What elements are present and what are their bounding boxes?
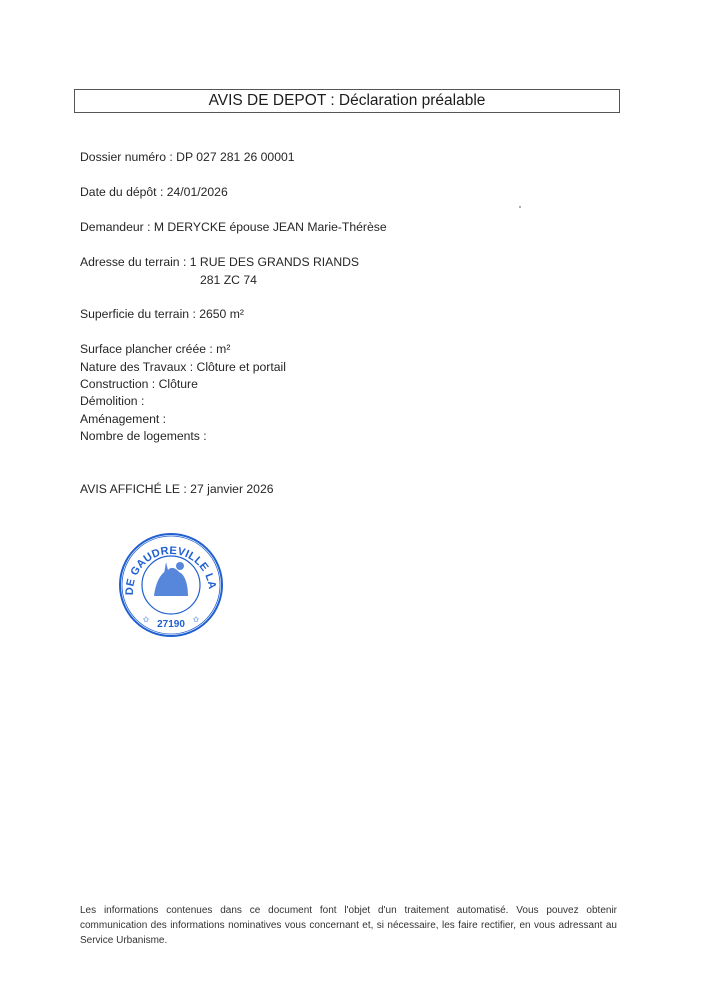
deposit-date: Date du dépôt : 24/01/2026 xyxy=(80,185,228,199)
works-nature: Nature des Travaux : Clôture et portail xyxy=(80,360,286,374)
floor-area: Surface plancher créée : m² xyxy=(80,342,230,356)
svg-text:✩: ✩ xyxy=(143,615,150,624)
land-area: Superficie du terrain : 2650 m² xyxy=(80,307,244,321)
svg-text:27190: 27190 xyxy=(157,619,185,630)
document-title: AVIS DE DEPOT : Déclaration préalable xyxy=(74,89,620,113)
construction: Construction : Clôture xyxy=(80,377,198,391)
land-address: Adresse du terrain : 1 RUE DES GRANDS RI… xyxy=(80,255,359,269)
amenagement: Aménagement : xyxy=(80,412,166,426)
posted-date: AVIS AFFICHÉ LE : 27 janvier 2026 xyxy=(80,482,274,496)
scan-speck xyxy=(519,206,521,208)
privacy-notice: Les informations contenues dans ce docum… xyxy=(80,903,617,948)
stamp-seal-icon: MAIRIE DE GAUDREVILLE LA RIVIERE 27190 ✩… xyxy=(116,530,226,640)
land-parcel: 281 ZC 74 xyxy=(200,273,257,287)
applicant: Demandeur : M DERYCKE épouse JEAN Marie-… xyxy=(80,220,387,234)
demolition: Démolition : xyxy=(80,394,144,408)
town-hall-stamp: MAIRIE DE GAUDREVILLE LA RIVIERE 27190 ✩… xyxy=(116,530,226,640)
svg-text:✩: ✩ xyxy=(193,615,200,624)
housing-count: Nombre de logements : xyxy=(80,429,207,443)
dossier-number: Dossier numéro : DP 027 281 26 00001 xyxy=(80,150,295,164)
